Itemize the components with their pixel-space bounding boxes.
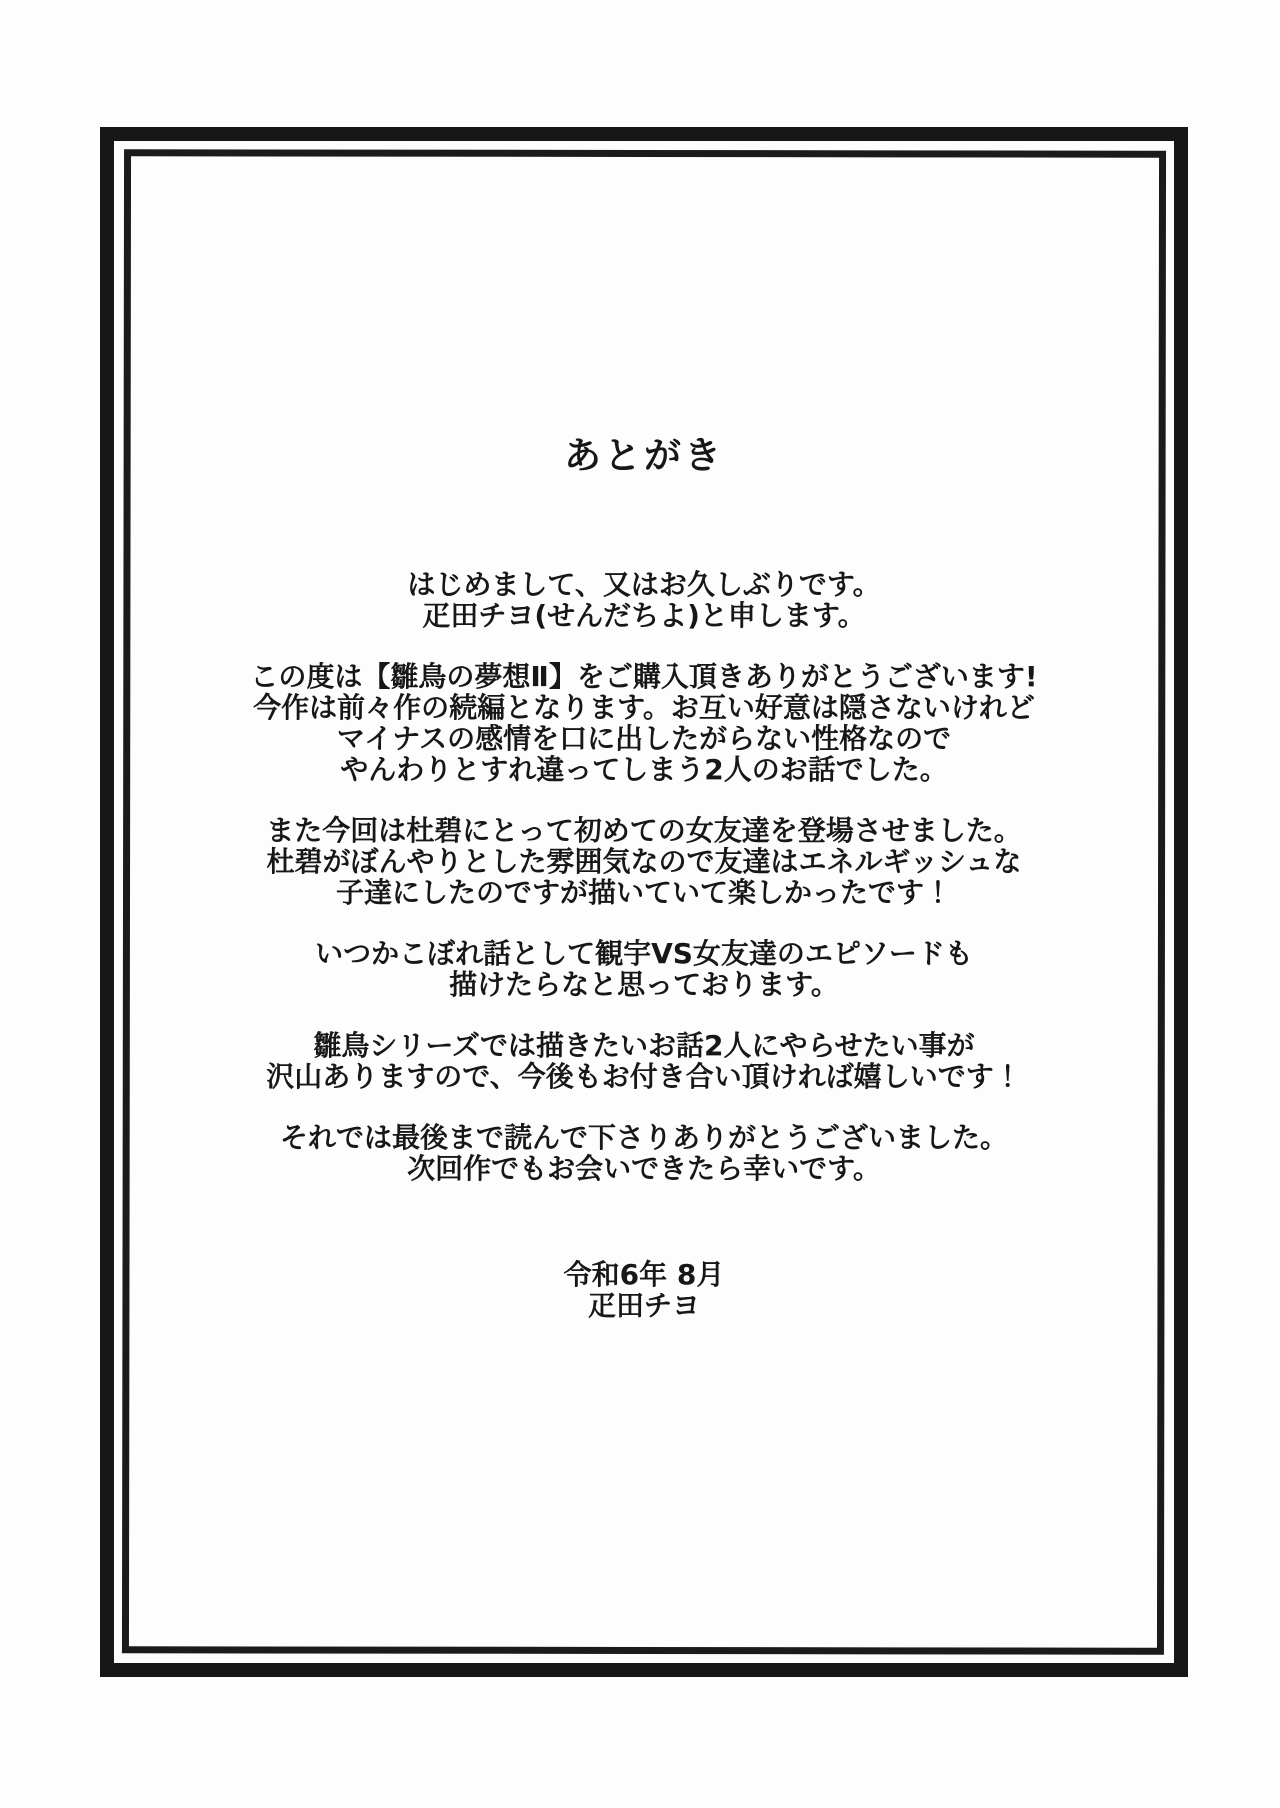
- text-line: 沢山ありますので、今後もお付き合い頂ければ嬉しいです！: [130, 1061, 1158, 1092]
- text-line: いつかこぼれ話として観宇VS女友達のエピソードも: [130, 938, 1158, 969]
- text-line: 疋田チヨ(せんだちよ)と申します。: [130, 600, 1158, 631]
- text-line: 描けたらなと思っております。: [130, 969, 1158, 1000]
- text-line: やんわりとすれ違ってしまう2人のお話でした。: [130, 754, 1158, 785]
- text-line: 今作は前々作の続編となります。お互い好意は隠さないけれど: [130, 692, 1158, 723]
- text-line: それでは最後まで読んで下さりありがとうございました。: [130, 1122, 1158, 1153]
- text-line: 杜碧がぼんやりとした雰囲気なので友達はエネルギッシュな: [130, 846, 1158, 877]
- afterword-paragraph-greeting: はじめまして、又はお久しぶりです。 疋田チヨ(せんだちよ)と申します。: [130, 569, 1158, 631]
- colophon-author: 疋田チヨ: [130, 1290, 1158, 1321]
- text-line: マイナスの感情を口に出したがらない性格なので: [130, 723, 1158, 754]
- text-line: また今回は杜碧にとって初めての女友達を登場させました。: [130, 815, 1158, 846]
- colophon: 令和6年 8月 疋田チヨ: [130, 1259, 1158, 1321]
- text-line: 雛鳥シリーズでは描きたいお話2人にやらせたい事が: [130, 1030, 1158, 1061]
- afterword-paragraph-sidestory: いつかこぼれ話として観宇VS女友達のエピソードも 描けたらなと思っております。: [130, 938, 1158, 1000]
- afterword-paragraph-friends: また今回は杜碧にとって初めての女友達を登場させました。 杜碧がぼんやりとした雰囲…: [130, 815, 1158, 908]
- colophon-date: 令和6年 8月: [130, 1259, 1158, 1290]
- afterword-paragraph-closing: それでは最後まで読んで下さりありがとうございました。 次回作でもお会いできたら幸…: [130, 1122, 1158, 1184]
- afterword-paragraph-series: 雛鳥シリーズでは描きたいお話2人にやらせたい事が 沢山ありますので、今後もお付き…: [130, 1030, 1158, 1092]
- afterword-page: あとがき はじめまして、又はお久しぶりです。 疋田チヨ(せんだちよ)と申します。…: [0, 0, 1280, 1808]
- afterword-paragraph-thanks: この度は【雛鳥の夢想Ⅱ】をご購入頂きありがとうございます! 今作は前々作の続編と…: [130, 661, 1158, 785]
- afterword-content: あとがき はじめまして、又はお久しぶりです。 疋田チヨ(せんだちよ)と申します。…: [130, 157, 1158, 1647]
- page-border-outer: あとがき はじめまして、又はお久しぶりです。 疋田チヨ(せんだちよ)と申します。…: [100, 127, 1188, 1677]
- text-line: 次回作でもお会いできたら幸いです。: [130, 1153, 1158, 1184]
- page-title: あとがき: [130, 436, 1158, 476]
- text-line: この度は【雛鳥の夢想Ⅱ】をご購入頂きありがとうございます!: [130, 661, 1158, 692]
- text-line: はじめまして、又はお久しぶりです。: [130, 569, 1158, 600]
- text-line: 子達にしたのですが描いていて楽しかったです！: [130, 877, 1158, 908]
